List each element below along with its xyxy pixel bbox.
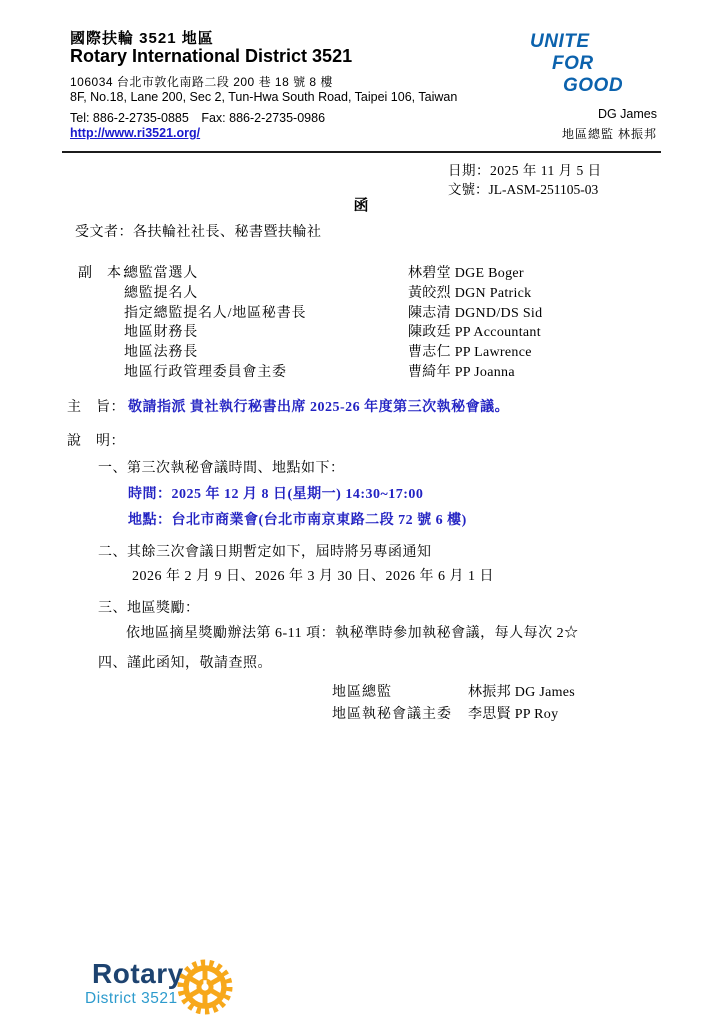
signature-name: 林振邦 DG James [468,681,575,701]
description-item-3-detail: 依地區摘星獎勵辦法第 6-11 項：執秘準時參加執秘會議，每人每次 2☆ [126,622,579,642]
rotary-wheel-icon [175,956,235,1018]
governor-title-zh: 地區總監 林振邦 [562,125,657,142]
description-item-3: 三、地區獎勵： [98,597,200,617]
cc-row-name: 陳政廷 PP Accountant [408,321,541,341]
description-item-2-dates: 2026 年 2 月 9 日、2026 年 3 月 30 日、2026 年 6 … [132,565,494,585]
cc-row-name: 林碧堂 DGE Boger [408,262,524,282]
meeting-time: 時間：2025 年 12 月 8 日(星期一) 14:30~17:00 [128,483,423,503]
cc-row-name: 曹志仁 PP Lawrence [408,341,532,361]
cc-row-name: 曹綺年 PP Joanna [408,361,515,381]
description-item-4: 四、謹此函知，敬請查照。 [98,652,272,672]
letter-page: 國際扶輪 3521 地區 Rotary International Distri… [0,0,724,1024]
description-item-2: 二、其餘三次會議日期暫定如下，屆時將另專函通知 [98,541,432,561]
signature-name: 李思賢 PP Roy [468,703,558,723]
header-divider [62,151,661,153]
cc-row-name: 黃皎烈 DGN Patrick [408,282,532,302]
doc-type-title: 函 [0,194,724,215]
tel-fax-line: Tel: 886-2-2735-0885 Fax: 886-2-2735-098… [70,108,325,126]
subject-label: 主 旨： [67,396,125,416]
description-item-1: 一、第三次執秘會議時間、地點如下： [98,457,345,477]
org-name-zh: 國際扶輪 3521 地區 [70,27,214,48]
theme-logo-unite: UNITE [530,31,590,53]
website-link[interactable]: http://www.ri3521.org/ [70,126,200,140]
meeting-place: 地點：台北市商業會(台北市南京東路二段 72 號 6 樓) [128,509,467,529]
cc-row-title: 地區法務長 [124,341,198,361]
subject-text: 敬請指派 貴社執行秘書出席 2025-26 年度第三次執秘會議。 [128,396,509,416]
cc-row-name: 陳志清 DGND/DS Sid [408,302,542,322]
governor-name-en: DG James [598,107,657,121]
rotary-district-name: District 3521 [85,990,178,1008]
signature-title: 地區總監 [332,681,392,701]
theme-logo-good: GOOD [563,75,623,97]
cc-row-title: 地區財務長 [124,321,198,341]
cc-row-title: 總監當選人 [124,262,198,282]
signature-title: 地區執秘會議主委 [332,703,452,723]
cc-row-title: 地區行政管理委員會主委 [124,361,287,381]
rotary-brand-name: Rotary [92,958,184,990]
address-zh: 106034 台北市敦化南路二段 200 巷 18 號 8 樓 [70,73,333,90]
theme-logo-for: FOR [552,53,594,75]
cc-row-title: 指定總監提名人/地區秘書長 [124,302,306,322]
address-en: 8F, No.18, Lane 200, Sec 2, Tun-Hwa Sout… [70,90,457,104]
cc-row-title: 總監提名人 [124,282,198,302]
description-label: 說 明： [67,430,125,450]
recipient-line: 受文者：各扶輪社社長、秘書暨扶輪社 [75,221,322,241]
org-name-en: Rotary International District 3521 [70,46,352,67]
date-line: 日期：2025 年 11 月 5 日 [448,159,602,179]
